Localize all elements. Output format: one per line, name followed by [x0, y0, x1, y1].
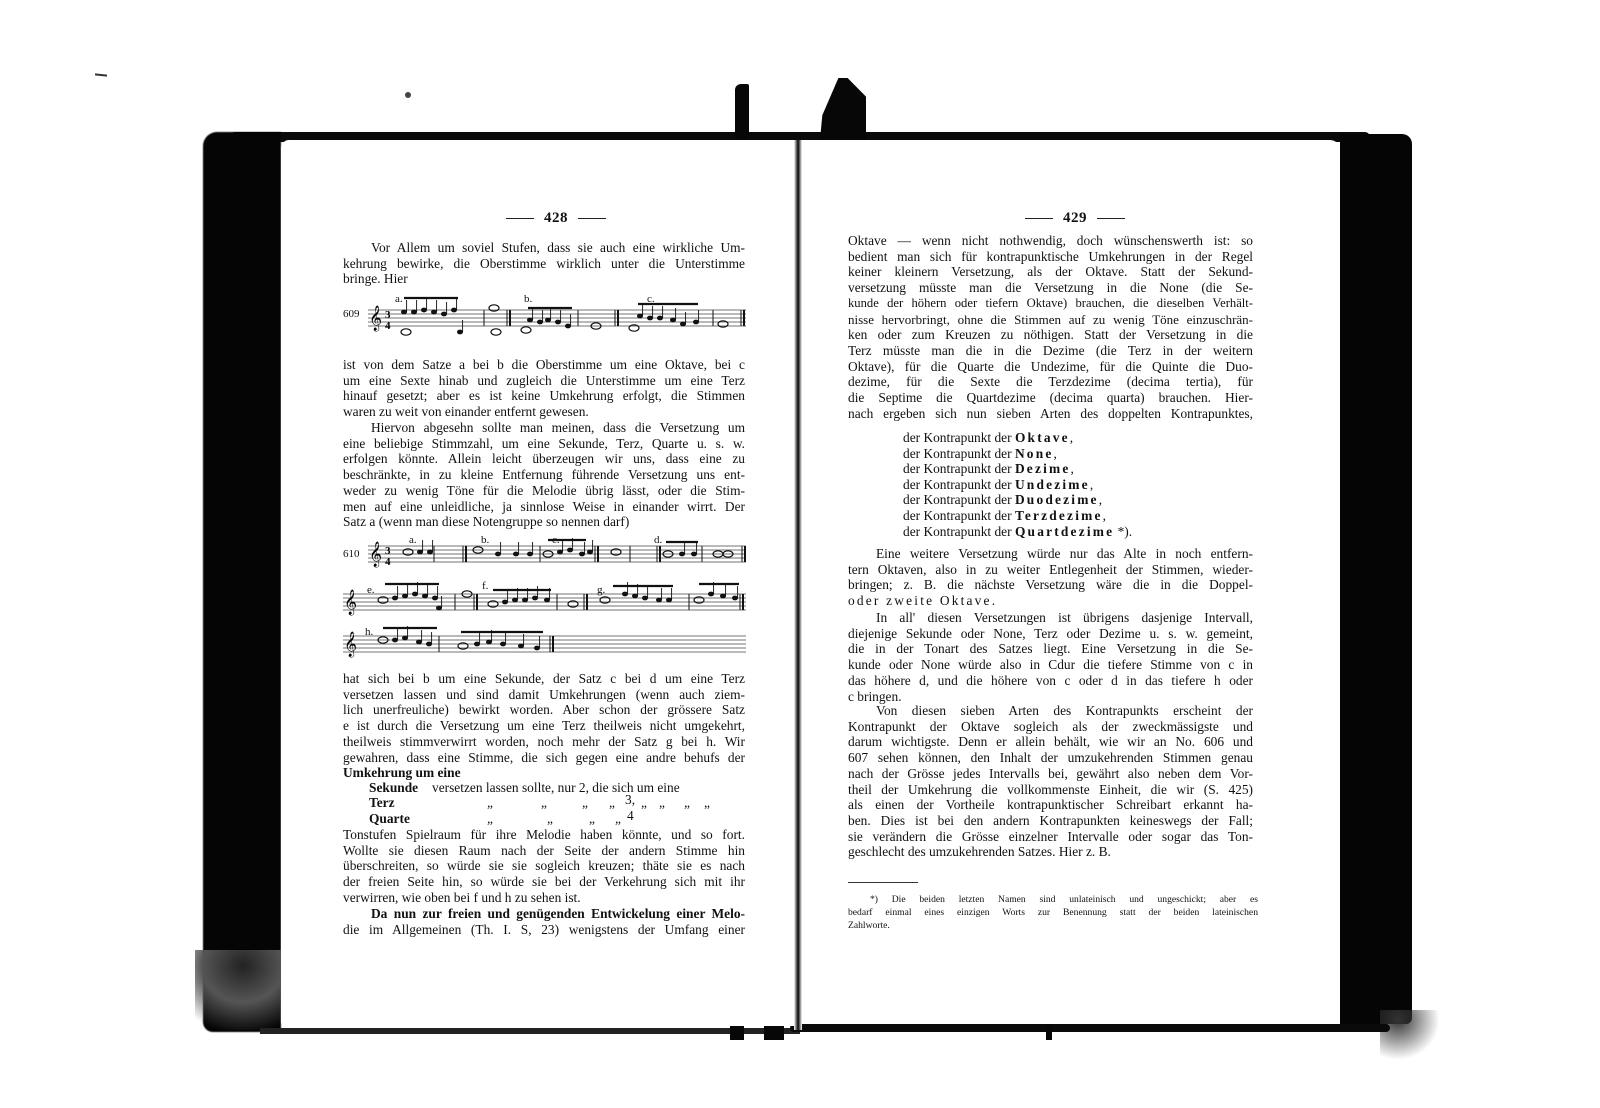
text-line: Tonstufen Spielraum für ihre Melodie hab… [343, 827, 745, 843]
list-item: der Kontrapunkt der None, [903, 446, 1132, 462]
text-line: Satz a (wenn man diese Notengruppe so ne… [343, 514, 745, 530]
list-item: der Kontrapunkt der Undezime, [903, 477, 1132, 493]
footnote-line: Zahlworte. [848, 919, 1258, 932]
left-paragraph-2: ist von dem Satze a bei b die Oberstimme… [343, 357, 745, 420]
text-line: ist von dem Satze a bei b die Oberstimme… [343, 357, 745, 373]
svg-text:𝄞: 𝄞 [369, 305, 382, 331]
text-line: Eine weitere Versetzung würde nur das Al… [848, 546, 1253, 562]
book-bottom-edge [790, 1024, 1390, 1032]
footnote: *) Die beiden letzten Namen sind unlatei… [848, 893, 1258, 932]
text-line: verwirren, wie oben bei f und h zu sehen… [343, 890, 745, 906]
example-number-609: 609 [343, 308, 360, 320]
text-line: keiner kleinern Versetzung, als der Okta… [848, 264, 1253, 280]
ditto-mark: „ [547, 811, 553, 826]
example-label: a. [395, 293, 403, 305]
text-line: Hiervon abgesehn sollte man meinen, dass… [343, 420, 745, 436]
scan-artifact [405, 92, 411, 98]
text-line: tern Oktaven, also in zu weiter Entlegen… [848, 562, 1253, 578]
text-line: bringen; z. B. die nächste Versetzung wä… [848, 577, 1253, 593]
scan-artifact [95, 73, 107, 76]
ditto-mark: „ [541, 795, 547, 810]
text-line: ken oder zum Kreuzen zu nöthigen. Statt … [848, 327, 1253, 343]
table-row: Sekunde versetzen lassen sollte, nur 2, … [369, 780, 749, 795]
text-line: men auf eine unleidliche, ja sinnlose We… [343, 499, 745, 515]
footnote-line: bedarf einmal eines einzigen Worts zur B… [848, 906, 1258, 919]
ditto-mark: „ [684, 795, 690, 810]
right-paragraph-1: Oktave — wenn nicht nothwendig, doch wün… [848, 233, 1253, 421]
text-line: theil der Umkehrung die vollkommenste Ei… [848, 782, 1253, 798]
text-line: c bringen. [848, 689, 1253, 705]
example-label: d. [654, 534, 662, 546]
ditto-mark: „ [641, 795, 647, 810]
ditto-mark: „ [704, 795, 710, 810]
book-scan: 428 Vor Allem um soviel Stufen, dass sie… [0, 0, 1600, 1108]
music-example-610-row-2: 𝄞 [343, 582, 746, 622]
interval-table: Sekunde versetzen lassen sollte, nur 2, … [369, 780, 749, 826]
text-line: Terz müsste man die in die Dezime (die T… [848, 343, 1253, 359]
music-example-609: 𝄞34 [368, 298, 746, 348]
ditto-mark: „ [659, 795, 665, 810]
bookmark-tab [735, 84, 749, 140]
left-paragraph-5: Tonstufen Spielraum für ihre Melodie hab… [343, 827, 745, 906]
text-line: Kontrapunkt der Oktave sogleich als der … [848, 719, 1253, 735]
interval-number: 4 [627, 808, 634, 823]
text-line: eine beliebige Stimmzahl, um eine Sekund… [343, 436, 745, 452]
text-line: bringe. Hier [343, 271, 745, 287]
text-line: theilweis stimmverwirrt worden, noch meh… [343, 734, 745, 750]
example-label: b. [524, 293, 532, 305]
text-line: Umkehrung um eine [343, 765, 745, 781]
text-line: kunde oder None würde also in Cdur die t… [848, 657, 1253, 673]
text-line: beschränkte, in zu kleine Entfernung füh… [343, 467, 745, 483]
text-line: der freien Seite hin, so würde sie bei d… [343, 874, 745, 890]
text-line: erfolgen könnte. Allein leicht überzeuge… [343, 451, 745, 467]
text-line: versetzung müsste man die Versetzung in … [848, 280, 1253, 296]
ditto-mark: „ [609, 795, 615, 810]
text-line: In all' diesen Versetzungen ist übrigens… [848, 610, 1253, 626]
text-line: Oktave), für die Quarte die Undezime, fü… [848, 359, 1253, 375]
text-line: bedient man sich für kontrapunktische Um… [848, 249, 1253, 265]
left-paragraph-3: Hiervon abgesehn sollte man meinen, dass… [343, 420, 745, 530]
footnote-line: *) Die beiden letzten Namen sind unlatei… [848, 893, 1258, 906]
text-line: die im Allgemeinen (Th. I. S, 23) wenigs… [343, 922, 745, 938]
svg-text:𝄞: 𝄞 [344, 589, 357, 615]
svg-text:𝄞: 𝄞 [344, 631, 357, 657]
text-line: die in der Tonart des Satzes liegt. Eine… [848, 641, 1253, 657]
text-line: Von diesen sieben Arten des Kontrapunkts… [848, 703, 1253, 719]
left-paragraph-6: Da nun zur freien und genügenden Entwick… [343, 906, 745, 937]
text-line: diejenige Sekunde oder None, Terz oder D… [848, 626, 1253, 642]
text-line: Da nun zur freien und genügenden Entwick… [343, 906, 745, 922]
svg-text:4: 4 [385, 556, 391, 568]
text-line: e ist durch die Versetzung um eine Terz … [343, 718, 745, 734]
example-label: c. [647, 293, 655, 305]
list-item: der Kontrapunkt der Duodezime, [903, 492, 1132, 508]
text-line: darum wichtigste. Denn er allein behält,… [848, 734, 1253, 750]
text-line: 607 sehen können, den Inhalt der umzukeh… [848, 750, 1253, 766]
ditto-mark: „ [487, 795, 493, 810]
list-item: der Kontrapunkt der Oktave, [903, 430, 1132, 446]
table-row: Terz „ „ „ „ 3, „ „ „ „ [369, 795, 749, 810]
example-label: h. [365, 626, 373, 638]
right-paragraph-3: In all' diesen Versetzungen ist übrigens… [848, 610, 1253, 704]
example-label: g. [597, 584, 605, 596]
example-label: b. [481, 534, 489, 546]
page-number-right: 429 [1015, 210, 1135, 227]
example-label: a. [409, 534, 417, 546]
text-line: lich unerfreuliche) bewirkt worden. Aber… [343, 702, 745, 718]
example-number-610: 610 [343, 548, 360, 560]
left-paragraph-1: Vor Allem um soviel Stufen, dass sie auc… [343, 240, 745, 287]
example-label: c. [552, 534, 560, 546]
text-line: nach ergeben sich nun sieben Arten des d… [848, 406, 1253, 422]
text-line: Oktave — wenn nicht nothwendig, doch wün… [848, 233, 1253, 249]
example-label: e. [367, 584, 375, 596]
text-line: ben. Dies ist bei den andern Kontrapunkt… [848, 813, 1253, 829]
book-gutter [794, 140, 802, 1030]
text-line: als einen der Vortheile kontrapunktische… [848, 797, 1253, 813]
book-right-edge-shadow [1380, 1010, 1440, 1060]
interval-name: Sekunde [369, 780, 418, 795]
left-paragraph-4: hat sich bei b um eine Sekunde, der Satz… [343, 671, 745, 781]
list-item: der Kontrapunkt der Dezime, [903, 461, 1132, 477]
text-line: weder zu wenig Töne für die Melodie übri… [343, 483, 745, 499]
book-bottom-edge [260, 1028, 800, 1034]
text-line: nach der Grösse jedes Intervalls bei, ge… [848, 766, 1253, 782]
text-line: Vor Allem um soviel Stufen, dass sie auc… [343, 240, 745, 256]
svg-text:4: 4 [385, 320, 391, 332]
interval-name: Terz [369, 795, 395, 810]
text-line: geschlecht des umzukehrenden Satzes. Hie… [848, 844, 1253, 860]
text-line: sie verändern die Grösse einzelner Inter… [848, 829, 1253, 845]
bookmark-tab [820, 78, 866, 140]
interval-text: versetzen lassen sollte, nur 2, die sich… [432, 780, 680, 795]
text-line: kunde der höhern oder tiefern Oktave) br… [848, 296, 1253, 312]
example-label: f. [482, 580, 488, 592]
text-line: gewahren, dass eine Stimme, die sich geg… [343, 750, 745, 766]
ditto-mark: „ [487, 811, 493, 826]
text-line: das höhere d, und die höhere von c oder … [848, 673, 1253, 689]
text-line: oder zweite Oktave. [848, 593, 1253, 609]
text-line: nisse hervorbringt, ohne die Stimmen auf… [848, 312, 1253, 328]
counterpoint-list: der Kontrapunkt der Oktave,der Kontrapun… [903, 430, 1132, 539]
text-line: Wollte sie diesen Raum nach der Seite de… [343, 843, 745, 859]
text-line: die Septime die Quartdezime (decima quar… [848, 390, 1253, 406]
text-line: hinauf gesetzt; aber es ist keine Umkehr… [343, 388, 745, 404]
ditto-mark: „ [582, 795, 588, 810]
text-line: hat sich bei b um eine Sekunde, der Satz… [343, 671, 745, 687]
svg-text:𝄞: 𝄞 [369, 541, 382, 567]
ditto-mark: „ [589, 811, 595, 826]
footnote-divider [848, 882, 918, 883]
ditto-mark: „ [615, 811, 621, 826]
list-item: der Kontrapunkt der Quartdezime *). [903, 524, 1132, 540]
text-line: dezime, für die Sexte die Terzdezime (de… [848, 374, 1253, 390]
text-line: um eine Sexte hinab und zugleich die Unt… [343, 373, 745, 389]
interval-number: 3, [625, 792, 635, 807]
text-line: waren zu weit von einander entfernt gewe… [343, 404, 745, 420]
page-number-left: 428 [496, 210, 616, 227]
right-paragraph-2: Eine weitere Versetzung würde nur das Al… [848, 546, 1253, 609]
music-example-610-row-3: 𝄞 [343, 630, 746, 666]
table-row: Quarte „ „ „ „ 4 [369, 811, 749, 826]
list-item: der Kontrapunkt der Terzdezime, [903, 508, 1132, 524]
text-line: überschreiten, so würde sie sie sogleich… [343, 858, 745, 874]
book-right-edge [1340, 134, 1412, 1024]
text-line: kehrung bewirke, die Oberstimme wirklich… [343, 256, 745, 272]
interval-name: Quarte [369, 811, 410, 826]
book-left-edge [203, 132, 281, 1032]
right-paragraph-4: Von diesen sieben Arten des Kontrapunkts… [848, 703, 1253, 860]
text-line: versetzen lassen und sind damit Umkehrun… [343, 687, 745, 703]
